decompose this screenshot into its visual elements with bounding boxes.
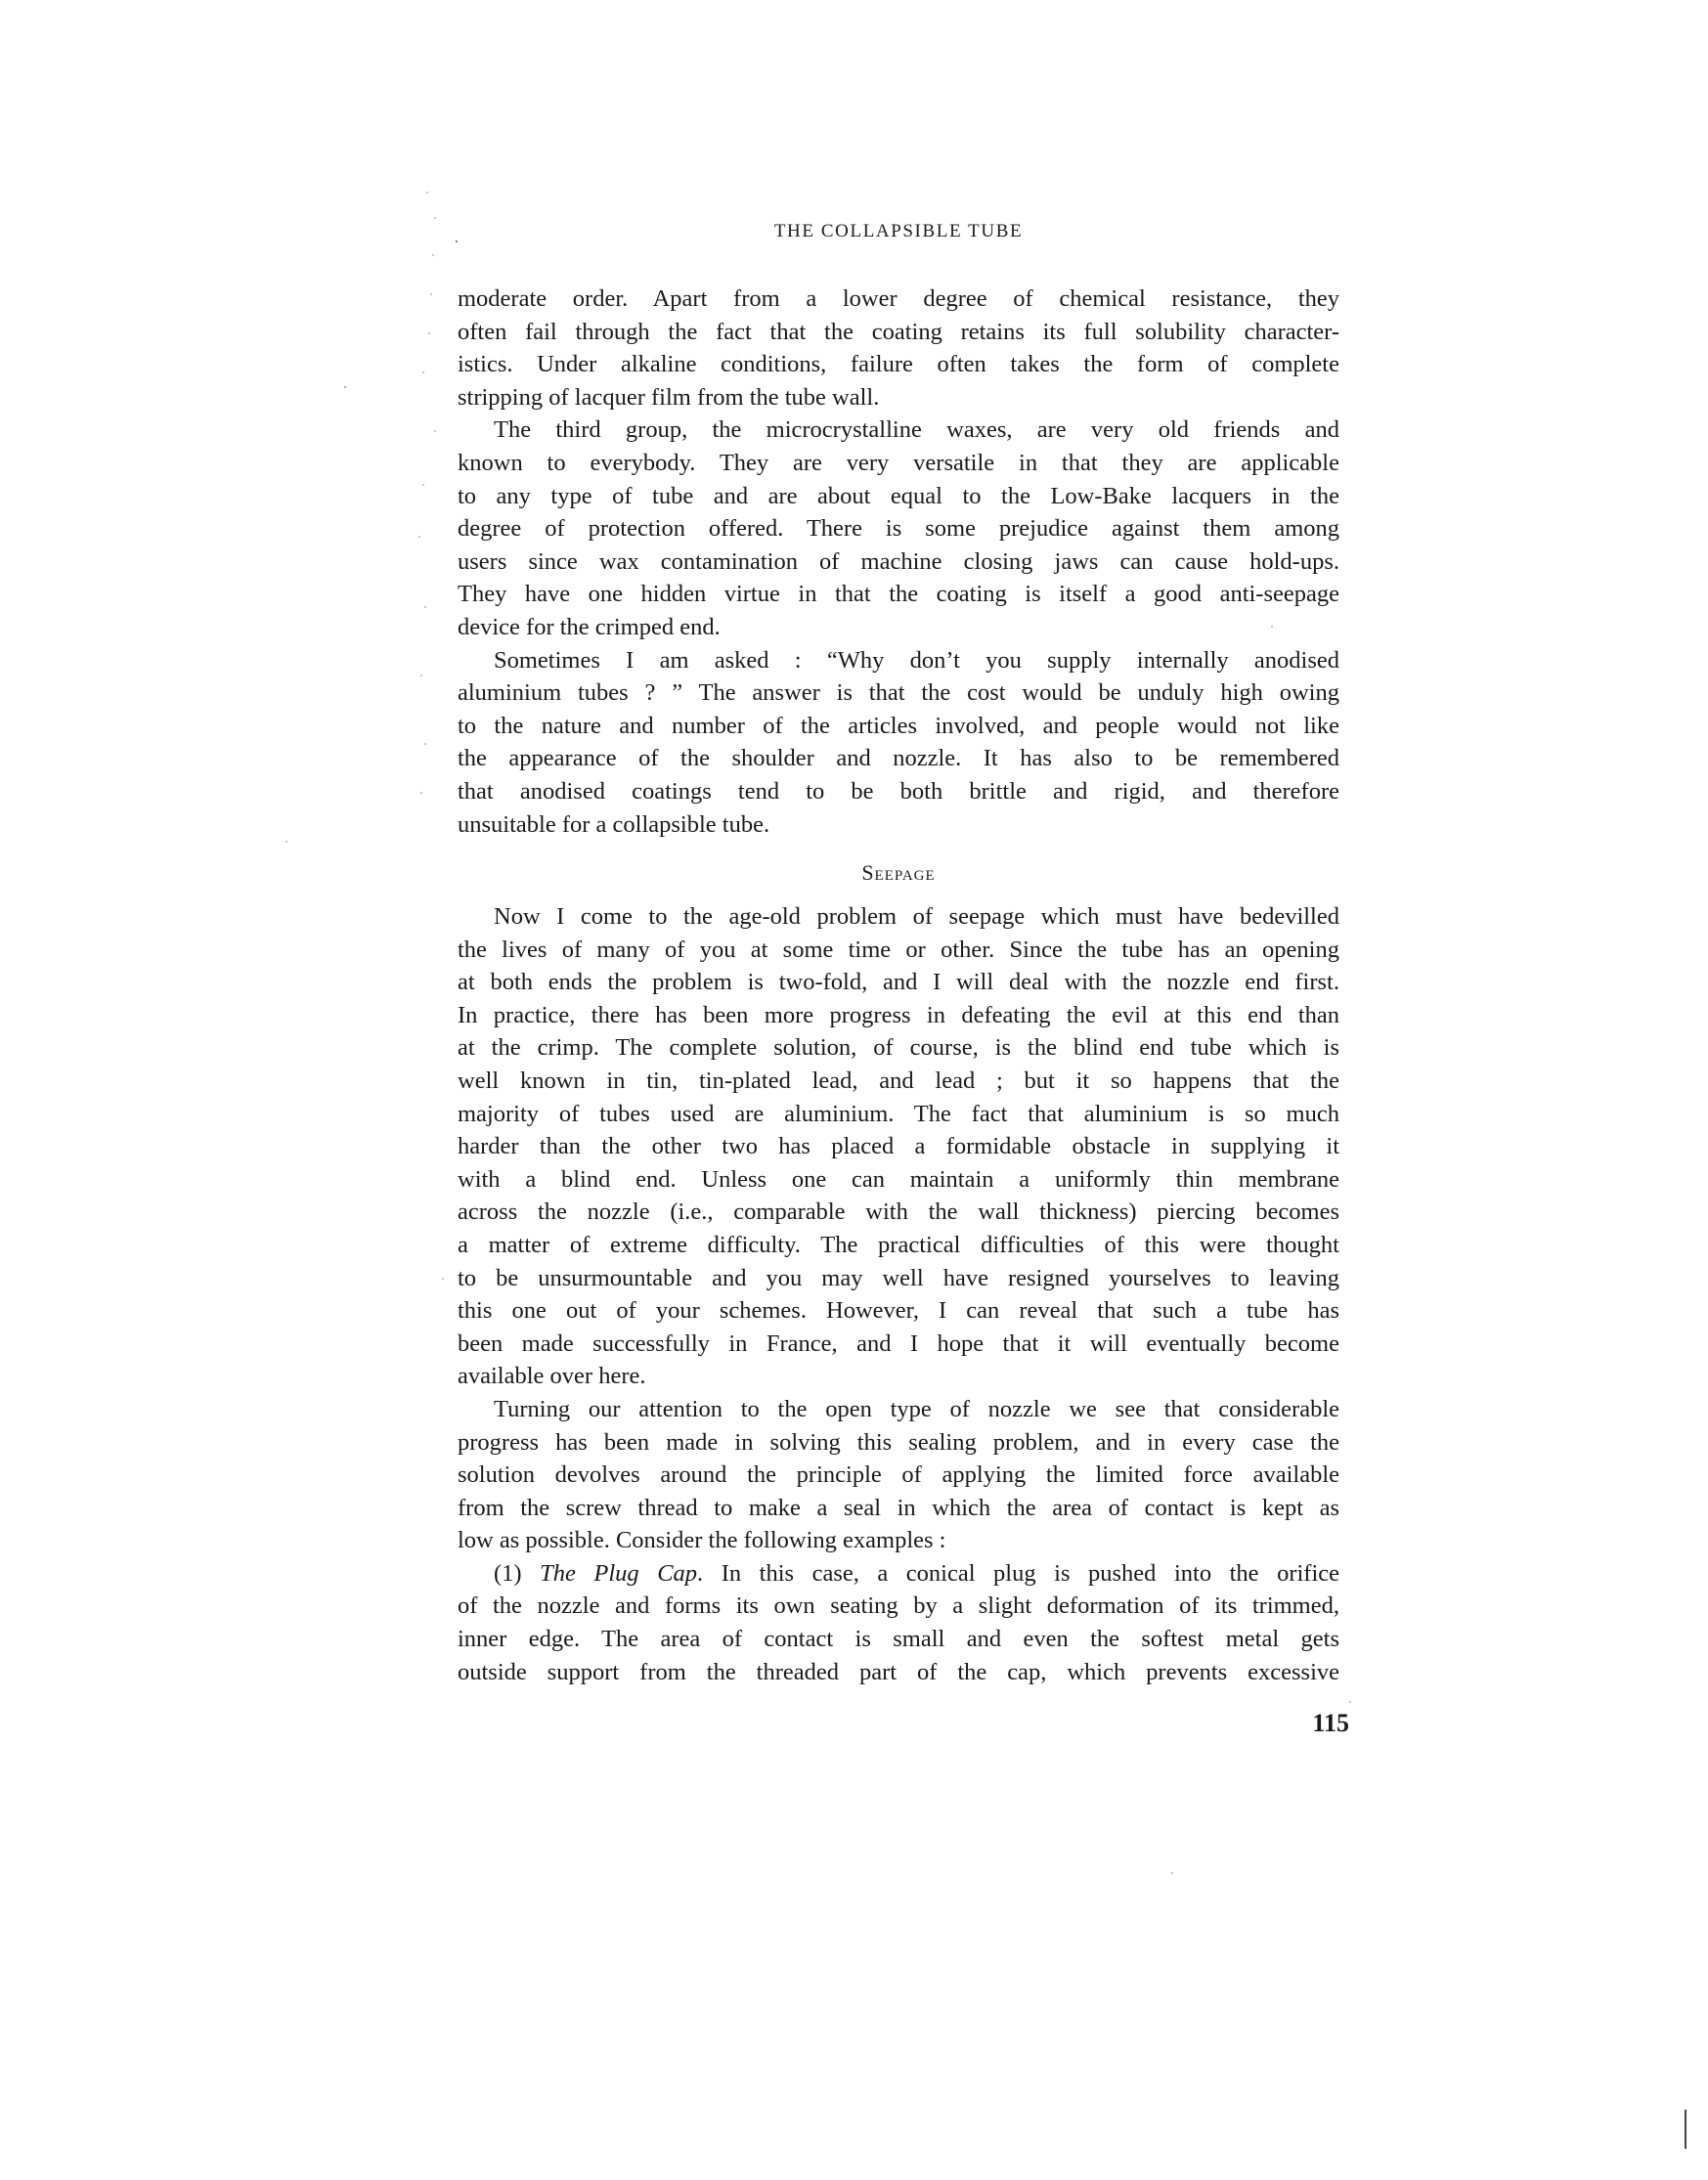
paragraph-anodised-tubes: Sometimes I am asked : “Why don’t you su… <box>458 644 1339 842</box>
scan-speck <box>1349 1701 1351 1703</box>
page-number: 115 <box>1242 1709 1349 1738</box>
text-line: harder than the other two has placed a f… <box>458 1130 1339 1163</box>
scan-speck <box>430 293 432 295</box>
text-line: well known in tin, tin-plated lead, and … <box>458 1065 1339 1098</box>
text-line: solution devolves around the principle o… <box>458 1459 1339 1492</box>
text-line: outside support from the threaded part o… <box>458 1656 1339 1689</box>
text-line: the lives of many of you at some time or… <box>458 934 1339 967</box>
document-page: THE COLLAPSIBLE TUBE moderate order. Apa… <box>0 0 1708 2180</box>
scan-speck <box>1271 626 1273 628</box>
scan-speck <box>1171 1872 1173 1874</box>
text-line: from the screw thread to make a seal in … <box>458 1492 1339 1525</box>
text-line: unsuitable for a collapsible tube. <box>458 808 1339 842</box>
paragraph-seepage-intro: Now I come to the age-old problem of see… <box>458 900 1339 1393</box>
text-line: The third group, the microcrystalline wa… <box>458 414 1339 447</box>
text-line: across the nozzle (i.e., comparable with… <box>458 1196 1339 1229</box>
text-line: a matter of extreme difficulty. The prac… <box>458 1229 1339 1262</box>
text-line: been made successfully in France, and I … <box>458 1328 1339 1361</box>
text-line: stripping of lacquer film from the tube … <box>458 381 1339 414</box>
text-line: degree of protection offered. There is s… <box>458 512 1339 545</box>
text-line: at the crimp. The complete solution, of … <box>458 1031 1339 1065</box>
text-line: users since wax contamination of machine… <box>458 545 1339 579</box>
scan-speck <box>420 792 422 794</box>
italic-title: The Plug Cap <box>540 1560 697 1587</box>
text-line: In practice, there has been more progres… <box>458 999 1339 1032</box>
text-line: low as possible. Consider the following … <box>458 1524 1339 1557</box>
scan-speck <box>432 254 434 256</box>
text-line: Now I come to the age-old problem of see… <box>458 900 1339 934</box>
scan-speck <box>424 606 426 608</box>
text-line: that anodised coatings tend to be both b… <box>458 775 1339 808</box>
scan-speck <box>426 192 428 194</box>
text-line: this one out of your schemes. However, I… <box>458 1294 1339 1328</box>
text-line: at both ends the problem is two-fold, an… <box>458 966 1339 999</box>
text-line: to the nature and number of the articles… <box>458 710 1339 743</box>
text-line: progress has been made in solving this s… <box>458 1426 1339 1460</box>
scan-speck <box>442 1278 444 1280</box>
text-line: moderate order. Apart from a lower degre… <box>458 283 1339 316</box>
text-line: inner edge. The area of contact is small… <box>458 1623 1339 1656</box>
text-line: Sometimes I am asked : “Why don’t you su… <box>458 644 1339 677</box>
line-remainder: . In this case, a conical plug is pushed… <box>697 1560 1339 1587</box>
text-line: with a blind end. Unless one can maintai… <box>458 1163 1339 1197</box>
paragraph-microcrystalline-waxes: The third group, the microcrystalline wa… <box>458 414 1339 643</box>
scan-speck <box>434 430 436 432</box>
scan-speck <box>428 332 430 334</box>
section-heading-seepage: Seepage <box>458 860 1339 886</box>
scan-speck <box>418 536 420 538</box>
scan-speck <box>420 675 422 676</box>
scan-edge-mark <box>1685 2110 1686 2149</box>
scan-speck <box>285 841 287 843</box>
text-line-plug-cap: (1) The Plug Cap. In this case, a conica… <box>458 1557 1339 1591</box>
text-line: majority of tubes used are aluminium. Th… <box>458 1098 1339 1131</box>
scan-speck <box>434 217 436 219</box>
text-line: istics. Under alkaline conditions, failu… <box>458 348 1339 381</box>
scan-speck <box>422 484 424 486</box>
scan-speck <box>456 240 458 242</box>
text-line: available over here. <box>458 1360 1339 1393</box>
text-line: device for the crimped end. <box>458 611 1339 644</box>
running-head: THE COLLAPSIBLE TUBE <box>458 221 1339 242</box>
text-line: They have one hidden virtue in that the … <box>458 578 1339 611</box>
paragraph-open-nozzle: Turning our attention to the open type o… <box>458 1393 1339 1557</box>
scan-speck <box>344 386 346 388</box>
list-number: (1) <box>494 1560 540 1587</box>
scan-speck <box>424 743 426 745</box>
text-line: of the nozzle and forms its own seating … <box>458 1590 1339 1623</box>
scan-speck <box>1189 1173 1191 1175</box>
scan-speck <box>422 371 424 373</box>
text-line: to any type of tube and are about equal … <box>458 480 1339 513</box>
text-line: known to everybody. They are very versat… <box>458 447 1339 480</box>
text-line: aluminium tubes ? ” The answer is that t… <box>458 676 1339 710</box>
text-line: to be unsurmountable and you may well ha… <box>458 1262 1339 1295</box>
text-line: often fail through the fact that the coa… <box>458 316 1339 349</box>
text-line: Turning our attention to the open type o… <box>458 1393 1339 1426</box>
body-text-after-heading: Now I come to the age-old problem of see… <box>458 900 1339 1688</box>
body-text-before-heading: moderate order. Apart from a lower degre… <box>458 283 1339 841</box>
text-line: the appearance of the shoulder and nozzl… <box>458 742 1339 775</box>
paragraph-continuation: moderate order. Apart from a lower degre… <box>458 283 1339 414</box>
paragraph-plug-cap: (1) The Plug Cap. In this case, a conica… <box>458 1557 1339 1688</box>
